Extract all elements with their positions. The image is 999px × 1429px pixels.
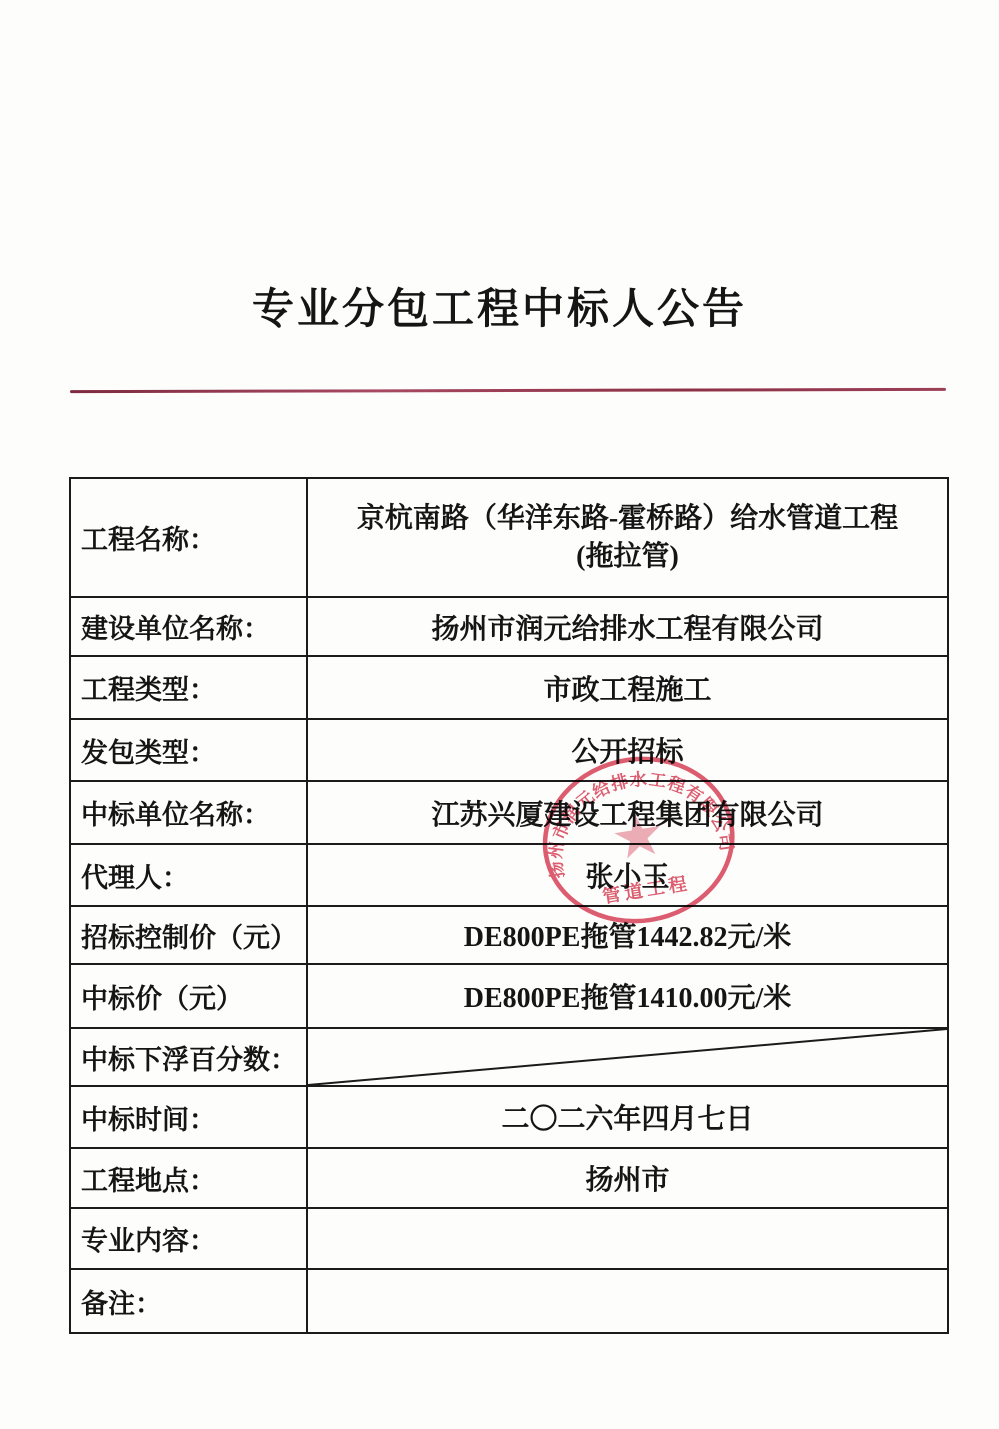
row-value-specialty-content bbox=[307, 1208, 948, 1269]
row-value-project-name: 京杭南路（华洋东路-霍桥路）给水管道工程 (拖拉管) bbox=[307, 478, 948, 597]
table-row: 专业内容： bbox=[70, 1208, 948, 1269]
row-label-contracting-type: 发包类型： bbox=[70, 719, 307, 781]
row-label-winning-bidder: 中标单位名称： bbox=[70, 781, 307, 844]
row-value-award-date: 二〇二六年四月七日 bbox=[307, 1086, 948, 1148]
table-row: 中标时间： 二〇二六年四月七日 bbox=[70, 1086, 948, 1148]
row-value-discount-percentage bbox=[307, 1028, 948, 1086]
row-label-project-location: 工程地点： bbox=[70, 1148, 307, 1208]
table-row: 招标控制价（元） DE800PE拖管1442.82元/米 bbox=[70, 906, 948, 964]
row-value-remarks bbox=[307, 1269, 948, 1333]
row-label-project-name: 工程名称： bbox=[70, 478, 307, 597]
row-value-winning-bidder: 江苏兴厦建设工程集团有限公司 bbox=[307, 781, 948, 844]
table-row: 备注： bbox=[70, 1269, 948, 1333]
table-row: 中标下浮百分数： bbox=[70, 1028, 948, 1086]
announcement-table: 工程名称： 京杭南路（华洋东路-霍桥路）给水管道工程 (拖拉管) 建设单位名称：… bbox=[69, 477, 949, 1334]
row-value-owner-name: 扬州市润元给排水工程有限公司 bbox=[307, 597, 948, 656]
row-label-winning-price: 中标价（元） bbox=[70, 964, 307, 1028]
row-label-agent: 代理人： bbox=[70, 844, 307, 906]
row-label-project-type: 工程类型： bbox=[70, 656, 307, 719]
table-row: 工程地点： 扬州市 bbox=[70, 1148, 948, 1208]
row-label-control-price: 招标控制价（元） bbox=[70, 906, 307, 964]
row-label-specialty-content: 专业内容： bbox=[70, 1208, 307, 1269]
table-row: 建设单位名称： 扬州市润元给排水工程有限公司 bbox=[70, 597, 948, 656]
row-value-control-price: DE800PE拖管1442.82元/米 bbox=[307, 906, 948, 964]
table-row: 中标单位名称： 江苏兴厦建设工程集团有限公司 bbox=[70, 781, 948, 844]
row-value-project-type: 市政工程施工 bbox=[307, 656, 948, 719]
page-title: 专业分包工程中标人公告 bbox=[0, 276, 999, 336]
title-underline-rule bbox=[70, 388, 946, 393]
table-row: 代理人： 张小玉 bbox=[70, 844, 948, 906]
row-label-remarks: 备注： bbox=[70, 1269, 307, 1333]
table-row: 中标价（元） DE800PE拖管1410.00元/米 bbox=[70, 964, 948, 1028]
diagonal-strikethrough bbox=[308, 1029, 947, 1085]
row-value-project-location: 扬州市 bbox=[307, 1148, 948, 1208]
row-value-contracting-type: 公开招标 bbox=[307, 719, 948, 781]
project-name-line1: 京杭南路（华洋东路-霍桥路）给水管道工程 bbox=[316, 500, 939, 538]
row-label-owner-name: 建设单位名称： bbox=[70, 597, 307, 656]
row-value-winning-price: DE800PE拖管1410.00元/米 bbox=[307, 964, 948, 1028]
row-label-award-date: 中标时间： bbox=[70, 1086, 307, 1148]
table-row: 发包类型： 公开招标 bbox=[70, 719, 948, 781]
table-row: 工程类型： 市政工程施工 bbox=[70, 656, 948, 719]
row-label-discount-percentage: 中标下浮百分数： bbox=[70, 1028, 307, 1086]
project-name-line2: (拖拉管) bbox=[316, 538, 939, 576]
document-page: 专业分包工程中标人公告 工程名称： 京杭南路（华洋东路-霍桥路）给水管道工程 (… bbox=[0, 0, 999, 1429]
table-row: 工程名称： 京杭南路（华洋东路-霍桥路）给水管道工程 (拖拉管) bbox=[70, 478, 948, 597]
row-value-agent: 张小玉 bbox=[307, 844, 948, 906]
